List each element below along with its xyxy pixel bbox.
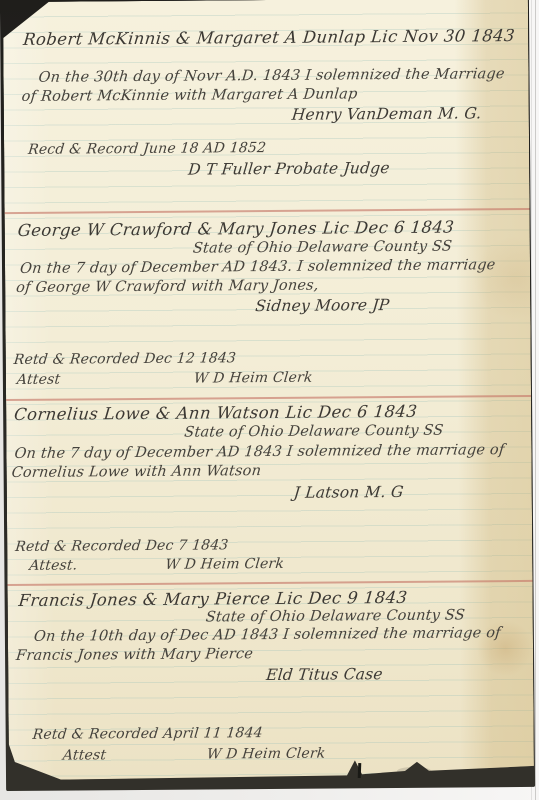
- entry-3-clerk: W D Heim Clerk: [165, 556, 285, 573]
- entry-4-body-line-2: Francis Jones with Mary Pierce: [15, 646, 254, 664]
- entry-3-signature: J Latson M. G: [293, 483, 405, 502]
- section-divider-2: [6, 395, 531, 401]
- entry-2-attest: Attest: [16, 372, 61, 388]
- entry-3-body-line-2: Cornelius Lowe with Ann Watson: [11, 463, 262, 481]
- entry-1-body-line-2: of Robert McKinnie with Margaret A Dunla…: [21, 86, 358, 105]
- entry-1-signature: Henry VanDeman M. G.: [291, 104, 482, 124]
- entry-1-title: Robert McKinnis & Margaret A Dunlap Lic …: [22, 26, 516, 49]
- entry-1-officer: D T Fuller Probate Judge: [187, 159, 390, 179]
- entry-3-body-line-1: On the 7 day of December AD 1843 I solem…: [14, 442, 506, 462]
- entry-4-recorded: Retd & Recorded April 11 1844: [32, 725, 264, 743]
- entry-3-title: Cornelius Lowe & Ann Watson Lic Dec 6 18…: [13, 402, 418, 424]
- entry-3-recorded: Retd & Recorded Dec 7 1843: [14, 537, 229, 555]
- entry-2-body-line-1: On the 7 day of December AD 1843. I sole…: [19, 257, 496, 277]
- ledger-page: 414 Robert McKinnis & Margaret A Dunlap …: [3, 0, 534, 785]
- entry-2-clerk: W D Heim Clerk: [193, 370, 313, 387]
- entry-2-title: George W Crawford & Mary Jones Lic Dec 6…: [17, 218, 455, 240]
- entry-1-body-line-1: On the 30th day of Novr A.D. 1843 I sole…: [38, 66, 506, 86]
- entry-4-state-line: State of Ohio Delaware County SS: [205, 607, 466, 625]
- entry-4-signature: Eld Titus Case: [265, 665, 383, 684]
- entry-4-body-line-1: On the 10th day of Dec AD 1843 I solemni…: [33, 625, 501, 645]
- entry-4-attest: Attest: [62, 747, 107, 763]
- entry-3-attest: Attest.: [29, 557, 79, 573]
- entry-2-signature: Sidney Moore JP: [254, 296, 390, 315]
- entry-2-body-line-2: of George W Crawford with Mary Jones,: [15, 278, 319, 296]
- entry-3-state-line: State of Ohio Delaware County SS: [184, 423, 445, 441]
- underpage-mark: [358, 763, 361, 778]
- entry-2-state-line: State of Ohio Delaware County SS: [192, 239, 453, 257]
- entry-2-recorded: Retd & Recorded Dec 12 1843: [13, 350, 237, 368]
- entry-1-recorded: Recd & Record June 18 AD 1852: [27, 140, 267, 158]
- section-divider-1: [5, 208, 530, 214]
- photo-sleeve-edge: [535, 0, 536, 800]
- entry-4-title: Francis Jones & Mary Pierce Lic Dec 9 18…: [18, 588, 409, 610]
- entry-4-clerk: W D Heim Clerk: [206, 746, 326, 763]
- section-divider-3: [8, 580, 533, 586]
